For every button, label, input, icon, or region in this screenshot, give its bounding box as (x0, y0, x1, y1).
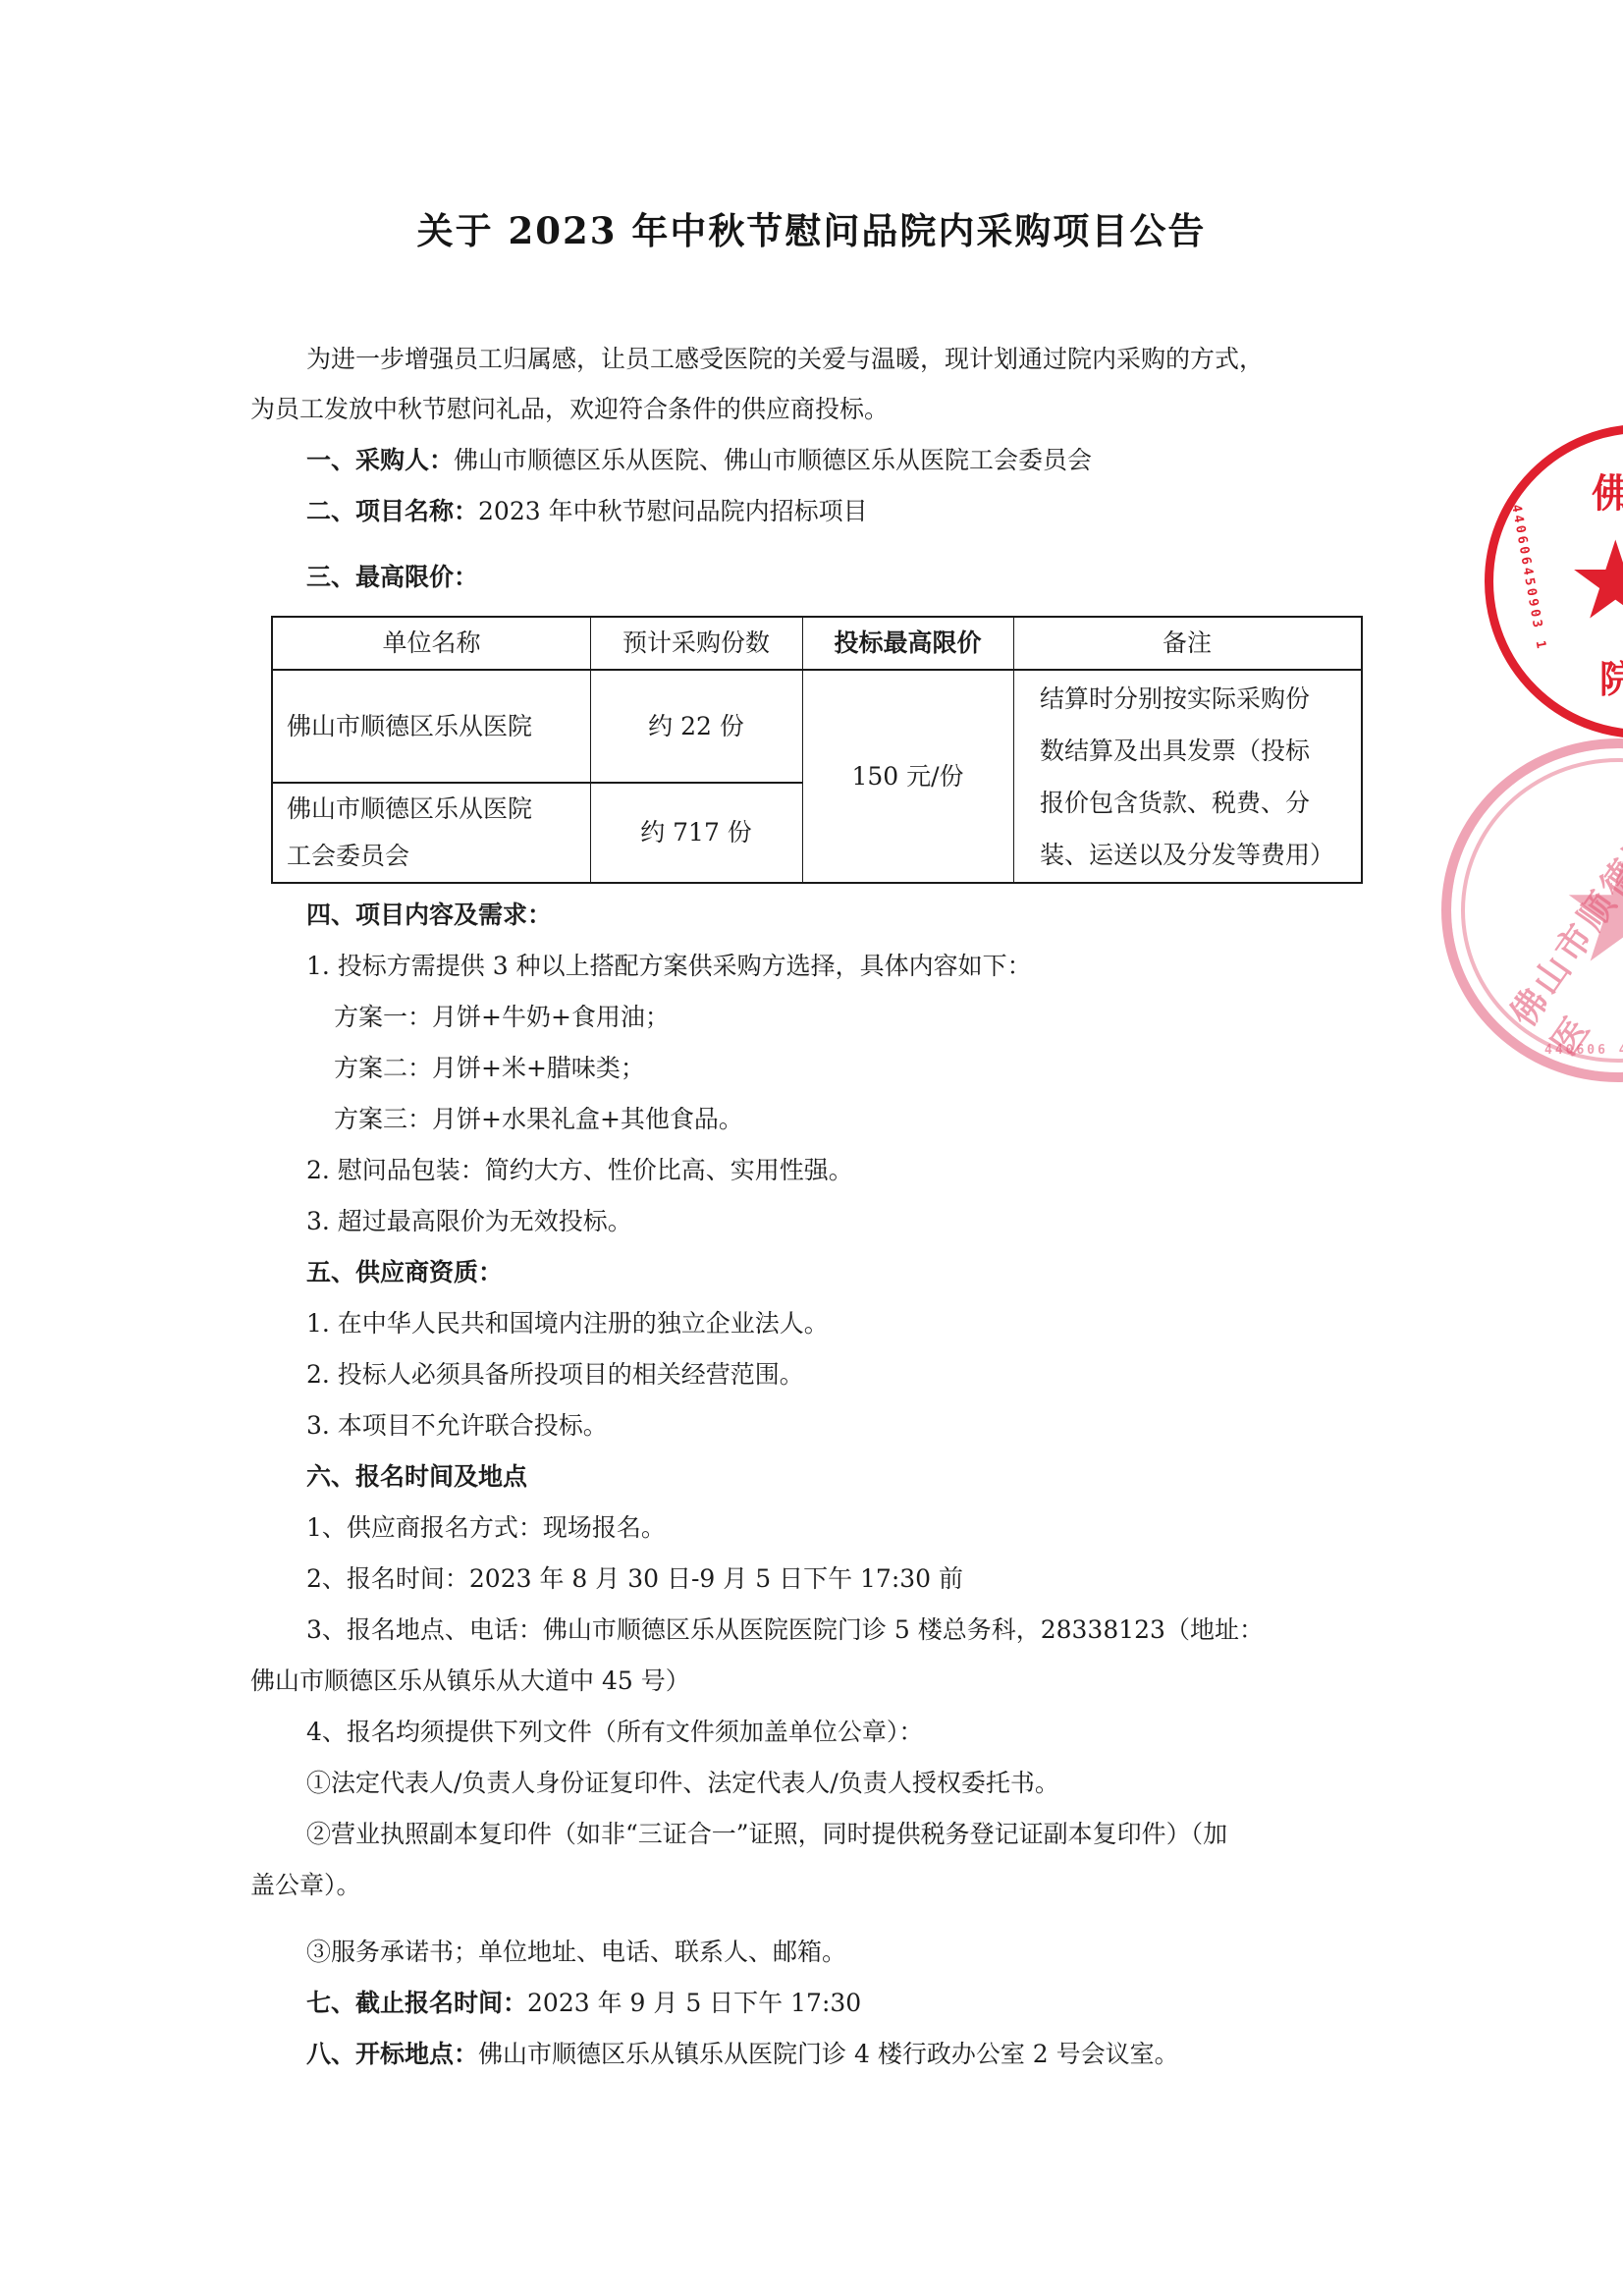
table-row-1-unit: 佛山市顺德区乐从医院 (273, 671, 590, 782)
official-seal-pink: 佛山市顺德区乐从医 ★ 440606 4 (1441, 738, 1623, 1082)
table-header-quantity: 预计采购份数 (590, 618, 802, 669)
table-remark: 结算时分别按实际采购份 数结算及出具发票（投标 报价包含货款、税费、分 装、运送… (1013, 671, 1361, 882)
star-icon: ★ (1559, 837, 1623, 984)
table-remark-line-1: 结算时分别按实际采购份 (1040, 673, 1334, 725)
section-deadline: 七、截止报名时间：2023 年 9 月 5 日下午 17:30 (306, 1987, 861, 2020)
section-bid-opening-label: 八、开标地点： (306, 2040, 478, 2068)
registration-item-3: 3、报名地点、电话：佛山市顺德区乐从医院医院门诊 5 楼总务科，28338123… (306, 1613, 1264, 1647)
table-remark-line-3: 报价包含货款、税费、分 (1040, 777, 1334, 829)
intro-line-1: 为进一步增强员工归属感，让员工感受医院的关爱与温暖，现计划通过院内采购的方式， (306, 343, 1264, 376)
section-max-price-label: 三、最高限价： (306, 561, 478, 594)
table-row-1-quantity: 约 22 份 (590, 671, 802, 782)
qualification-item-3: 3. 本项目不允许联合投标。 (306, 1409, 608, 1443)
seal-code: 440606 4 (1544, 1043, 1623, 1058)
table-row-2-unit-line-1: 佛山市顺德区乐从医院 (287, 786, 532, 833)
section-purchaser: 一、采购人：佛山市顺德区乐从医院、佛山市顺德区乐从医院工会委员会 (306, 444, 1092, 477)
seal-char-top: 佛 (1592, 463, 1623, 519)
requirement-item-2: 2. 慰问品包装：简约大方、性价比高、实用性强。 (306, 1154, 853, 1187)
section-deadline-text: 2023 年 9 月 5 日下午 17:30 (527, 1989, 861, 2017)
table-header-remark: 备注 (1013, 618, 1361, 669)
price-table: 单位名称 预计采购份数 投标最高限价 备注 佛山市顺德区乐从医院 约 22 份 … (271, 616, 1363, 884)
section-deadline-label: 七、截止报名时间： (306, 1989, 527, 2017)
section-project-name: 二、项目名称：2023 年中秋节慰问品院内招标项目 (306, 495, 868, 528)
official-seal-red: 佛 ★ 院 440606450903 1 (1485, 424, 1623, 738)
section-project-name-text: 2023 年中秋节慰问品院内招标项目 (478, 497, 868, 525)
table-header-max-price: 投标最高限价 (802, 618, 1013, 669)
seal-char-bottom: 院 (1599, 649, 1623, 703)
plan-item-1: 方案一：月饼+牛奶+食用油； (334, 1001, 670, 1034)
section-purchaser-text: 佛山市顺德区乐从医院、佛山市顺德区乐从医院工会委员会 (454, 446, 1092, 474)
star-icon: ★ (1567, 526, 1623, 634)
qualification-item-2: 2. 投标人必须具备所投项目的相关经营范围。 (306, 1358, 804, 1392)
table-row-2-quantity: 约 717 份 (590, 784, 802, 882)
document-requirement-1: ①法定代表人/负责人身份证复印件、法定代表人/负责人授权委托书。 (306, 1767, 1059, 1800)
plan-item-3: 方案三：月饼+水果礼盒+其他食品。 (334, 1103, 743, 1136)
document-requirement-2: ②营业执照副本复印件（如非“三证合一”证照，同时提供税务登记证副本复印件）（加 (306, 1818, 1227, 1851)
registration-item-3-cont: 佛山市顺德区乐从镇乐从大道中 45 号） (250, 1665, 690, 1698)
table-remark-line-2: 数结算及出具发票（投标 (1040, 725, 1334, 777)
document-title: 关于 2023 年中秋节慰问品院内采购项目公告 (0, 201, 1623, 254)
table-remark-line-4: 装、运送以及分发等费用） (1040, 829, 1334, 881)
table-row-2-unit-line-2: 工会委员会 (287, 833, 532, 880)
intro-line-2: 为员工发放中秋节慰问礼品，欢迎符合条件的供应商投标。 (250, 393, 889, 426)
registration-item-1: 1、供应商报名方式：现场报名。 (306, 1511, 666, 1545)
section-registration-label: 六、报名时间及地点 (306, 1460, 527, 1494)
seal-code: 440606450903 1 (1508, 504, 1548, 653)
document-page: 关于 2023 年中秋节慰问品院内采购项目公告 为进一步增强员工归属感，让员工感… (0, 0, 1623, 2296)
plan-item-2: 方案二：月饼+米+腊味类； (334, 1052, 645, 1085)
table-row-2-unit: 佛山市顺德区乐从医院 工会委员会 (273, 784, 590, 882)
registration-item-2: 2、报名时间：2023 年 8 月 30 日-9 月 5 日下午 17:30 前 (306, 1562, 963, 1596)
section-bid-opening-text: 佛山市顺德区乐从镇乐从医院门诊 4 楼行政办公室 2 号会议室。 (478, 2040, 1179, 2068)
table-header-unit: 单位名称 (273, 618, 590, 669)
document-requirement-3: ③服务承诺书；单位地址、电话、联系人、邮箱。 (306, 1936, 846, 1969)
section-purchaser-label: 一、采购人： (306, 446, 454, 474)
requirement-item-1: 1. 投标方需提供 3 种以上搭配方案供采购方选择，具体内容如下： (306, 950, 1032, 983)
section-requirements-label: 四、项目内容及需求： (306, 899, 552, 932)
section-bid-opening: 八、开标地点：佛山市顺德区乐从镇乐从医院门诊 4 楼行政办公室 2 号会议室。 (306, 2038, 1179, 2071)
document-requirement-2-cont: 盖公章）。 (250, 1869, 361, 1902)
table-max-price: 150 元/份 (802, 671, 1013, 882)
section-project-name-label: 二、项目名称： (306, 497, 478, 525)
registration-item-4: 4、报名均须提供下列文件（所有文件须加盖单位公章）： (306, 1716, 923, 1749)
section-qualification-label: 五、供应商资质： (306, 1256, 503, 1289)
requirement-item-3: 3. 超过最高限价为无效投标。 (306, 1205, 632, 1238)
qualification-item-1: 1. 在中华人民共和国境内注册的独立企业法人。 (306, 1307, 829, 1340)
